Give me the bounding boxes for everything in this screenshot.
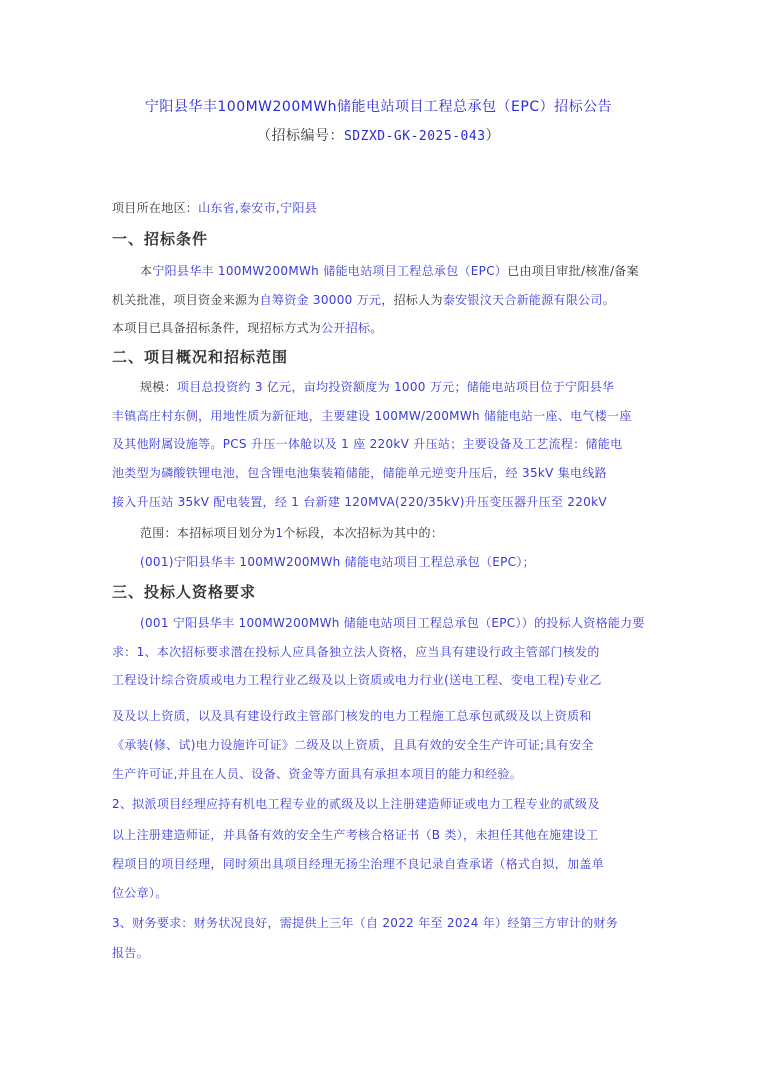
section-heading-project-overview: 二、项目概况和招标范围 <box>112 346 288 367</box>
scale-text: 项目总投资约 3 亿元，亩均投资额度为 1000 万元；储能电站项目位于宁阳县华 <box>177 380 614 394</box>
paragraph-line: 以上注册建造师证，并具备有效的安全生产考核合格证书（B 类），未担任其他在施建设… <box>112 826 642 843</box>
paragraph-line: 位公章）。 <box>112 884 642 901</box>
paragraph-line: 3、财务要求：财务状况良好，需提供上三年（自 2022 年至 2024 年）经第… <box>112 914 642 931</box>
paragraph-line: 工程设计综合资质或电力工程行业乙级及以上资质或电力行业(送电工程、变电工程)专业… <box>112 671 642 688</box>
paragraph-line: 接入升压站 35kV 配电装置，经 1 台新建 120MVA(220/35kV)… <box>112 493 642 510</box>
paragraph-line: 求：1、本次招标要求潜在投标人应具备独立法人资格，应当具有建设行政主管部门核发的 <box>112 643 642 660</box>
paragraph-line: (001 宁阳县华丰 100MW200MWh 储能电站项目工程总承包（EPC））… <box>140 614 670 631</box>
project-location: 项目所在地区：山东省,泰安市,宁阳县 <box>112 199 642 216</box>
section-heading-tender-conditions: 一、招标条件 <box>112 228 208 249</box>
text-run: 本项目已具备招标条件，现招标方式为 <box>112 321 321 335</box>
paragraph-line: 范围：本招标项目划分为1个标段，本次招标为其中的： <box>140 524 670 541</box>
paragraph-line: 程项目的项目经理，同时须出具项目经理无扬尘治理不良记录自查承诺（格式自拟，加盖单 <box>112 855 642 872</box>
text-run: 。 <box>370 321 382 335</box>
paragraph-line: 本宁阳县华丰 100MW200MWh 储能电站项目工程总承包（EPC）已由项目审… <box>140 262 670 279</box>
paragraph-line: 生产许可证,并且在人员、设备、资金等方面具有承担本项目的能力和经验。 <box>112 765 642 782</box>
document-title: 宁阳县华丰100MW200MWh储能电站项目工程总承包（EPC）招标公告 <box>0 96 757 116</box>
section-heading-bidder-qualifications: 三、投标人资格要求 <box>112 581 256 602</box>
location-value: 山东省,泰安市,宁阳县 <box>198 201 317 215</box>
paragraph-line: 2、拟派项目经理应持有机电工程专业的贰级及以上注册建造师证或电力工程专业的贰级及 <box>112 795 642 812</box>
text-run: 本 <box>140 264 152 278</box>
paragraph-line: 池类型为磷酸铁锂电池，包含锂电池集装箱储能，储能单元逆变升压后，经 35kV 集… <box>112 464 642 481</box>
paragraph-line: 《承装(修、试)电力设施许可证》二级及以上资质，且具有效的安全生产许可证;具有安… <box>112 736 642 753</box>
paragraph-line: 及及以上资质，以及具有建设行政主管部门核发的电力工程施工总承包贰级及以上资质和 <box>112 707 642 724</box>
text-run: 3、财务要求： <box>112 916 194 930</box>
funding-source: 自筹资金 30000 万元 <box>260 293 382 307</box>
text-run: 财务状况良好，需提供上三年（自 2022 年至 2024 年）经第三方审计的财务 <box>194 916 618 930</box>
document-page: 宁阳县华丰100MW200MWh储能电站项目工程总承包（EPC）招标公告 （招标… <box>0 0 757 1073</box>
lot-item: (001)宁阳县华丰 100MW200MWh 储能电站项目工程总承包（EPC）； <box>140 553 670 570</box>
paragraph-line: 本项目已具备招标条件，现招标方式为公开招标。 <box>112 319 642 336</box>
text-run: 个标段，本次招标为其中的： <box>283 526 443 540</box>
text-run: 规模： <box>140 380 177 394</box>
paragraph-line: 报告。 <box>112 944 642 961</box>
project-name: 宁阳县华丰 100MW200MWh 储能电站项目工程总承包（EPC） <box>152 264 507 278</box>
paragraph-line: 丰镇高庄村东侧，用地性质为新征地，主要建设 100MW/200MWh 储能电站一… <box>112 407 642 424</box>
tender-number-code: SDZXD-GK-2025-043 <box>344 129 486 144</box>
tenderer-name: 泰安银汶天合新能源有限公司 <box>443 293 603 307</box>
tender-number-prefix: （招标编号： <box>257 128 344 144</box>
paragraph-line: 规模：项目总投资约 3 亿元，亩均投资额度为 1000 万元；储能电站项目位于宁… <box>140 378 670 395</box>
text-run: 机关批准，项目资金来源为 <box>112 293 260 307</box>
text-run: ，招标人为 <box>381 293 443 307</box>
paragraph-line: 机关批准，项目资金来源为自筹资金 30000 万元，招标人为泰安银汶天合新能源有… <box>112 291 642 308</box>
text-run: 范围：本招标项目划分为 <box>140 526 275 540</box>
paragraph-line: 及其他附属设施等。PCS 升压一体舱以及 1 座 220kV 升压站；主要设备及… <box>112 435 642 452</box>
text-run: 。 <box>603 293 615 307</box>
tender-number: （招标编号：SDZXD-GK-2025-043） <box>0 125 757 145</box>
tender-number-suffix: ） <box>486 128 501 144</box>
location-label: 项目所在地区： <box>112 201 198 215</box>
tender-method: 公开招标 <box>321 321 370 335</box>
text-run: 已由项目审批/核准/备案 <box>507 264 639 278</box>
